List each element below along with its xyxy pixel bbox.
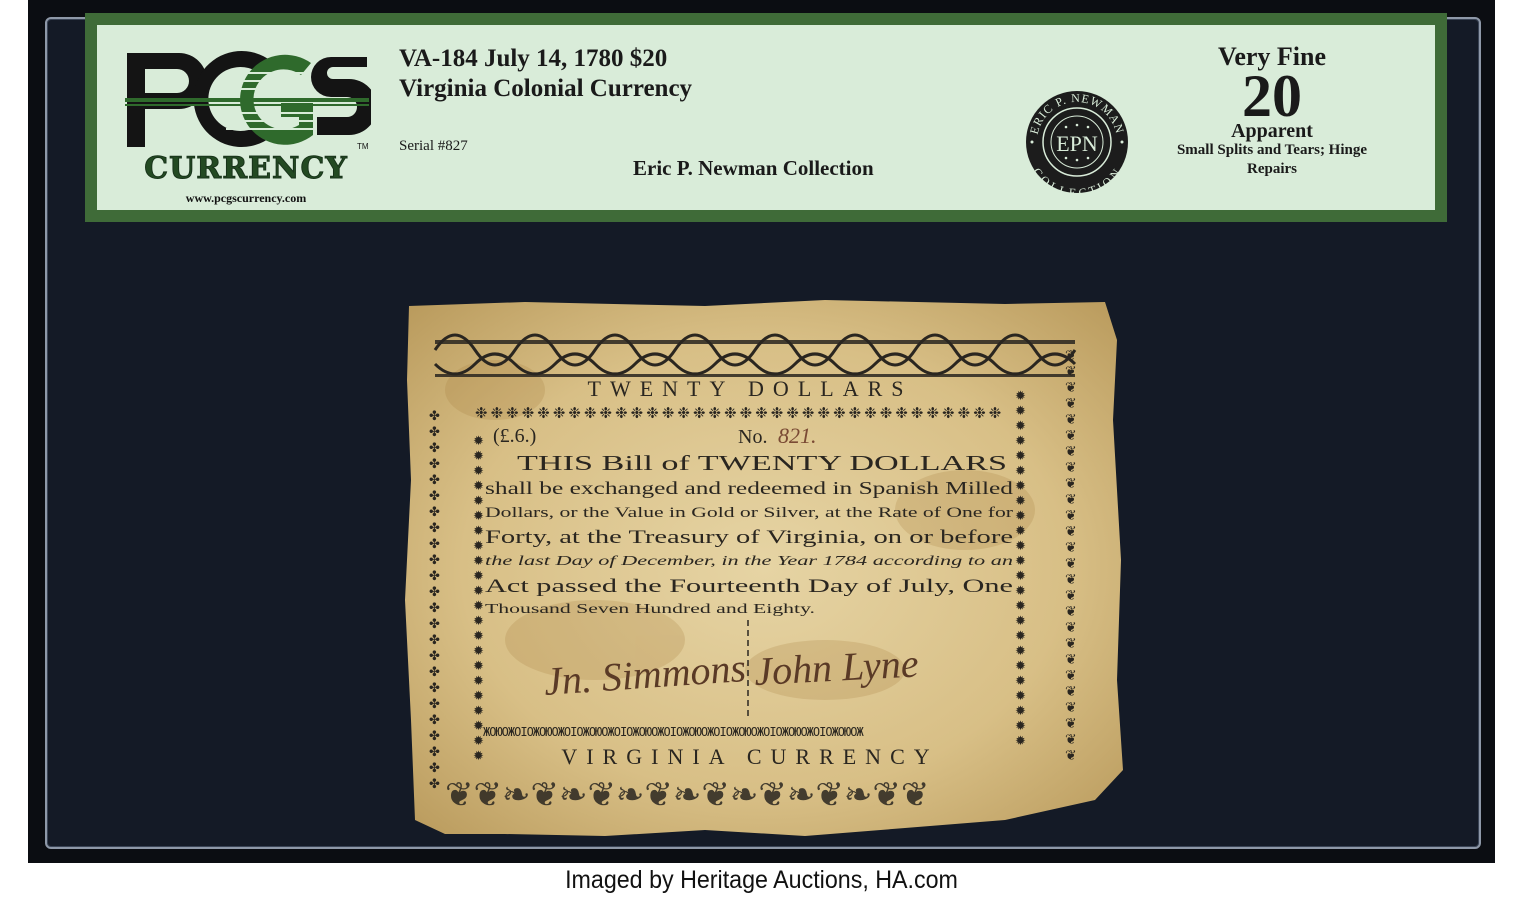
svg-text:❦❦❦❦❦❦❦❦❦❦❦❦❦❦❦❦❦❦❦❦❦❦❦❦❦❦: ❦❦❦❦❦❦❦❦❦❦❦❦❦❦❦❦❦❦❦❦❦❦❦❦❦❦ <box>1065 348 1077 764</box>
catalog-title: VA-184 July 14, 1780 $20 <box>399 45 667 73</box>
svg-text:John Lyne: John Lyne <box>753 640 919 694</box>
pcgs-currency-logo: TM CURRENCY www.pcgscurrency.com <box>121 43 371 193</box>
svg-text:Act passed the Fourteenth Day: Act passed the Fourteenth Day of July, O… <box>485 576 1013 597</box>
grade-comment-line2: Repairs <box>1137 160 1407 179</box>
grade-block: Very Fine 20 Apparent Small Splits and T… <box>1137 43 1407 179</box>
svg-text:Forty, at the Treasury of Virg: Forty, at the Treasury of Virginia, on o… <box>485 527 1013 548</box>
website-url: www.pcgscurrency.com <box>121 191 371 206</box>
svg-text:TWENTY DOLLARS: TWENTY DOLLARS <box>588 376 913 401</box>
grade-comment-line1: Small Splits and Tears; Hinge <box>1137 141 1407 160</box>
svg-text:✹✹✹✹✹✹✹✹✹✹✹✹✹✹✹✹✹✹✹✹✹✹✹✹: ✹✹✹✹✹✹✹✹✹✹✹✹✹✹✹✹✹✹✹✹✹✹✹✹ <box>1015 389 1026 749</box>
svg-text:Dollars, or the Value in Gold: Dollars, or the Value in Gold or Silver,… <box>485 505 1013 521</box>
grade-number: 20 <box>1137 71 1407 121</box>
svg-text:the last Day of December, in t: the last Day of December, in the Year 17… <box>485 554 1013 569</box>
svg-text:821.: 821. <box>778 423 817 448</box>
svg-text:Thousand Seven Hundred and Eig: Thousand Seven Hundred and Eighty. <box>485 602 815 617</box>
image-credit-caption: Imaged by Heritage Auctions, HA.com <box>53 862 1469 897</box>
svg-text:EPN: EPN <box>1056 131 1098 156</box>
grade-qualifier: Apparent <box>1137 121 1407 141</box>
svg-text:✤✤✤✤✤✤✤✤✤✤✤✤✤✤✤✤✤✤✤✤✤✤✤✤: ✤✤✤✤✤✤✤✤✤✤✤✤✤✤✤✤✤✤✤✤✤✤✤✤ <box>429 409 440 792</box>
svg-text:TM: TM <box>357 142 369 151</box>
banknote-image: TWENTY DOLLARS ❉❉❉❉❉❉❉❉❉❉❉❉❉❉❉❉❉❉❉❉❉❉❉❉❉… <box>405 300 1125 840</box>
svg-text:ЖOЮOЖOIOЖOЮOЖOIOЖOЮOЖOIOЖOЮOЖO: ЖOЮOЖOIOЖOЮOЖOIOЖOЮOЖOIOЖOЮOЖOIOЖOЮOЖOIO… <box>483 725 864 739</box>
svg-text:(£.6.): (£.6.) <box>493 425 536 447</box>
currency-type: Virginia Colonial Currency <box>399 75 692 103</box>
svg-text:✹✹✹✹✹✹✹✹✹✹✹✹✹✹✹✹✹✹✹✹✹✹: ✹✹✹✹✹✹✹✹✹✹✹✹✹✹✹✹✹✹✹✹✹✹ <box>473 434 484 764</box>
grading-label: TM CURRENCY www.pcgscurrency.com VA-184 … <box>85 13 1447 222</box>
label-panel: TM CURRENCY www.pcgscurrency.com VA-184 … <box>97 25 1435 210</box>
svg-text:No.: No. <box>738 426 767 448</box>
svg-text:❉❉❉❉❉❉❉❉❉❉❉❉❉❉❉❉❉❉❉❉❉❉❉❉❉❉❉❉❉❉: ❉❉❉❉❉❉❉❉❉❉❉❉❉❉❉❉❉❉❉❉❉❉❉❉❉❉❉❉❉❉❉❉❉❉ <box>475 404 1004 422</box>
svg-text:THIS Bill of TWENTY DOLLARS: THIS Bill of TWENTY DOLLARS <box>517 451 1007 475</box>
svg-text:❦❦❧❦❧❦❧❦❧❦❧❦❧❦❧❦❦: ❦❦❧❦❧❦❧❦❧❦❧❦❧❦❧❦❦ <box>445 775 929 815</box>
svg-text:shall be exchanged and redeeme: shall be exchanged and redeemed in Spani… <box>485 478 1013 498</box>
pcgs-logo-icon: TM <box>121 43 371 153</box>
collection-name: Eric P. Newman Collection <box>633 156 874 181</box>
serial-number: Serial #827 <box>399 138 468 155</box>
epn-seal-icon: EPN ERIC P. NEWMAN COLLECTION <box>1024 89 1130 195</box>
svg-text:VIRGINIA CURRENCY: VIRGINIA CURRENCY <box>561 744 938 769</box>
currency-wordmark: CURRENCY <box>121 151 371 186</box>
